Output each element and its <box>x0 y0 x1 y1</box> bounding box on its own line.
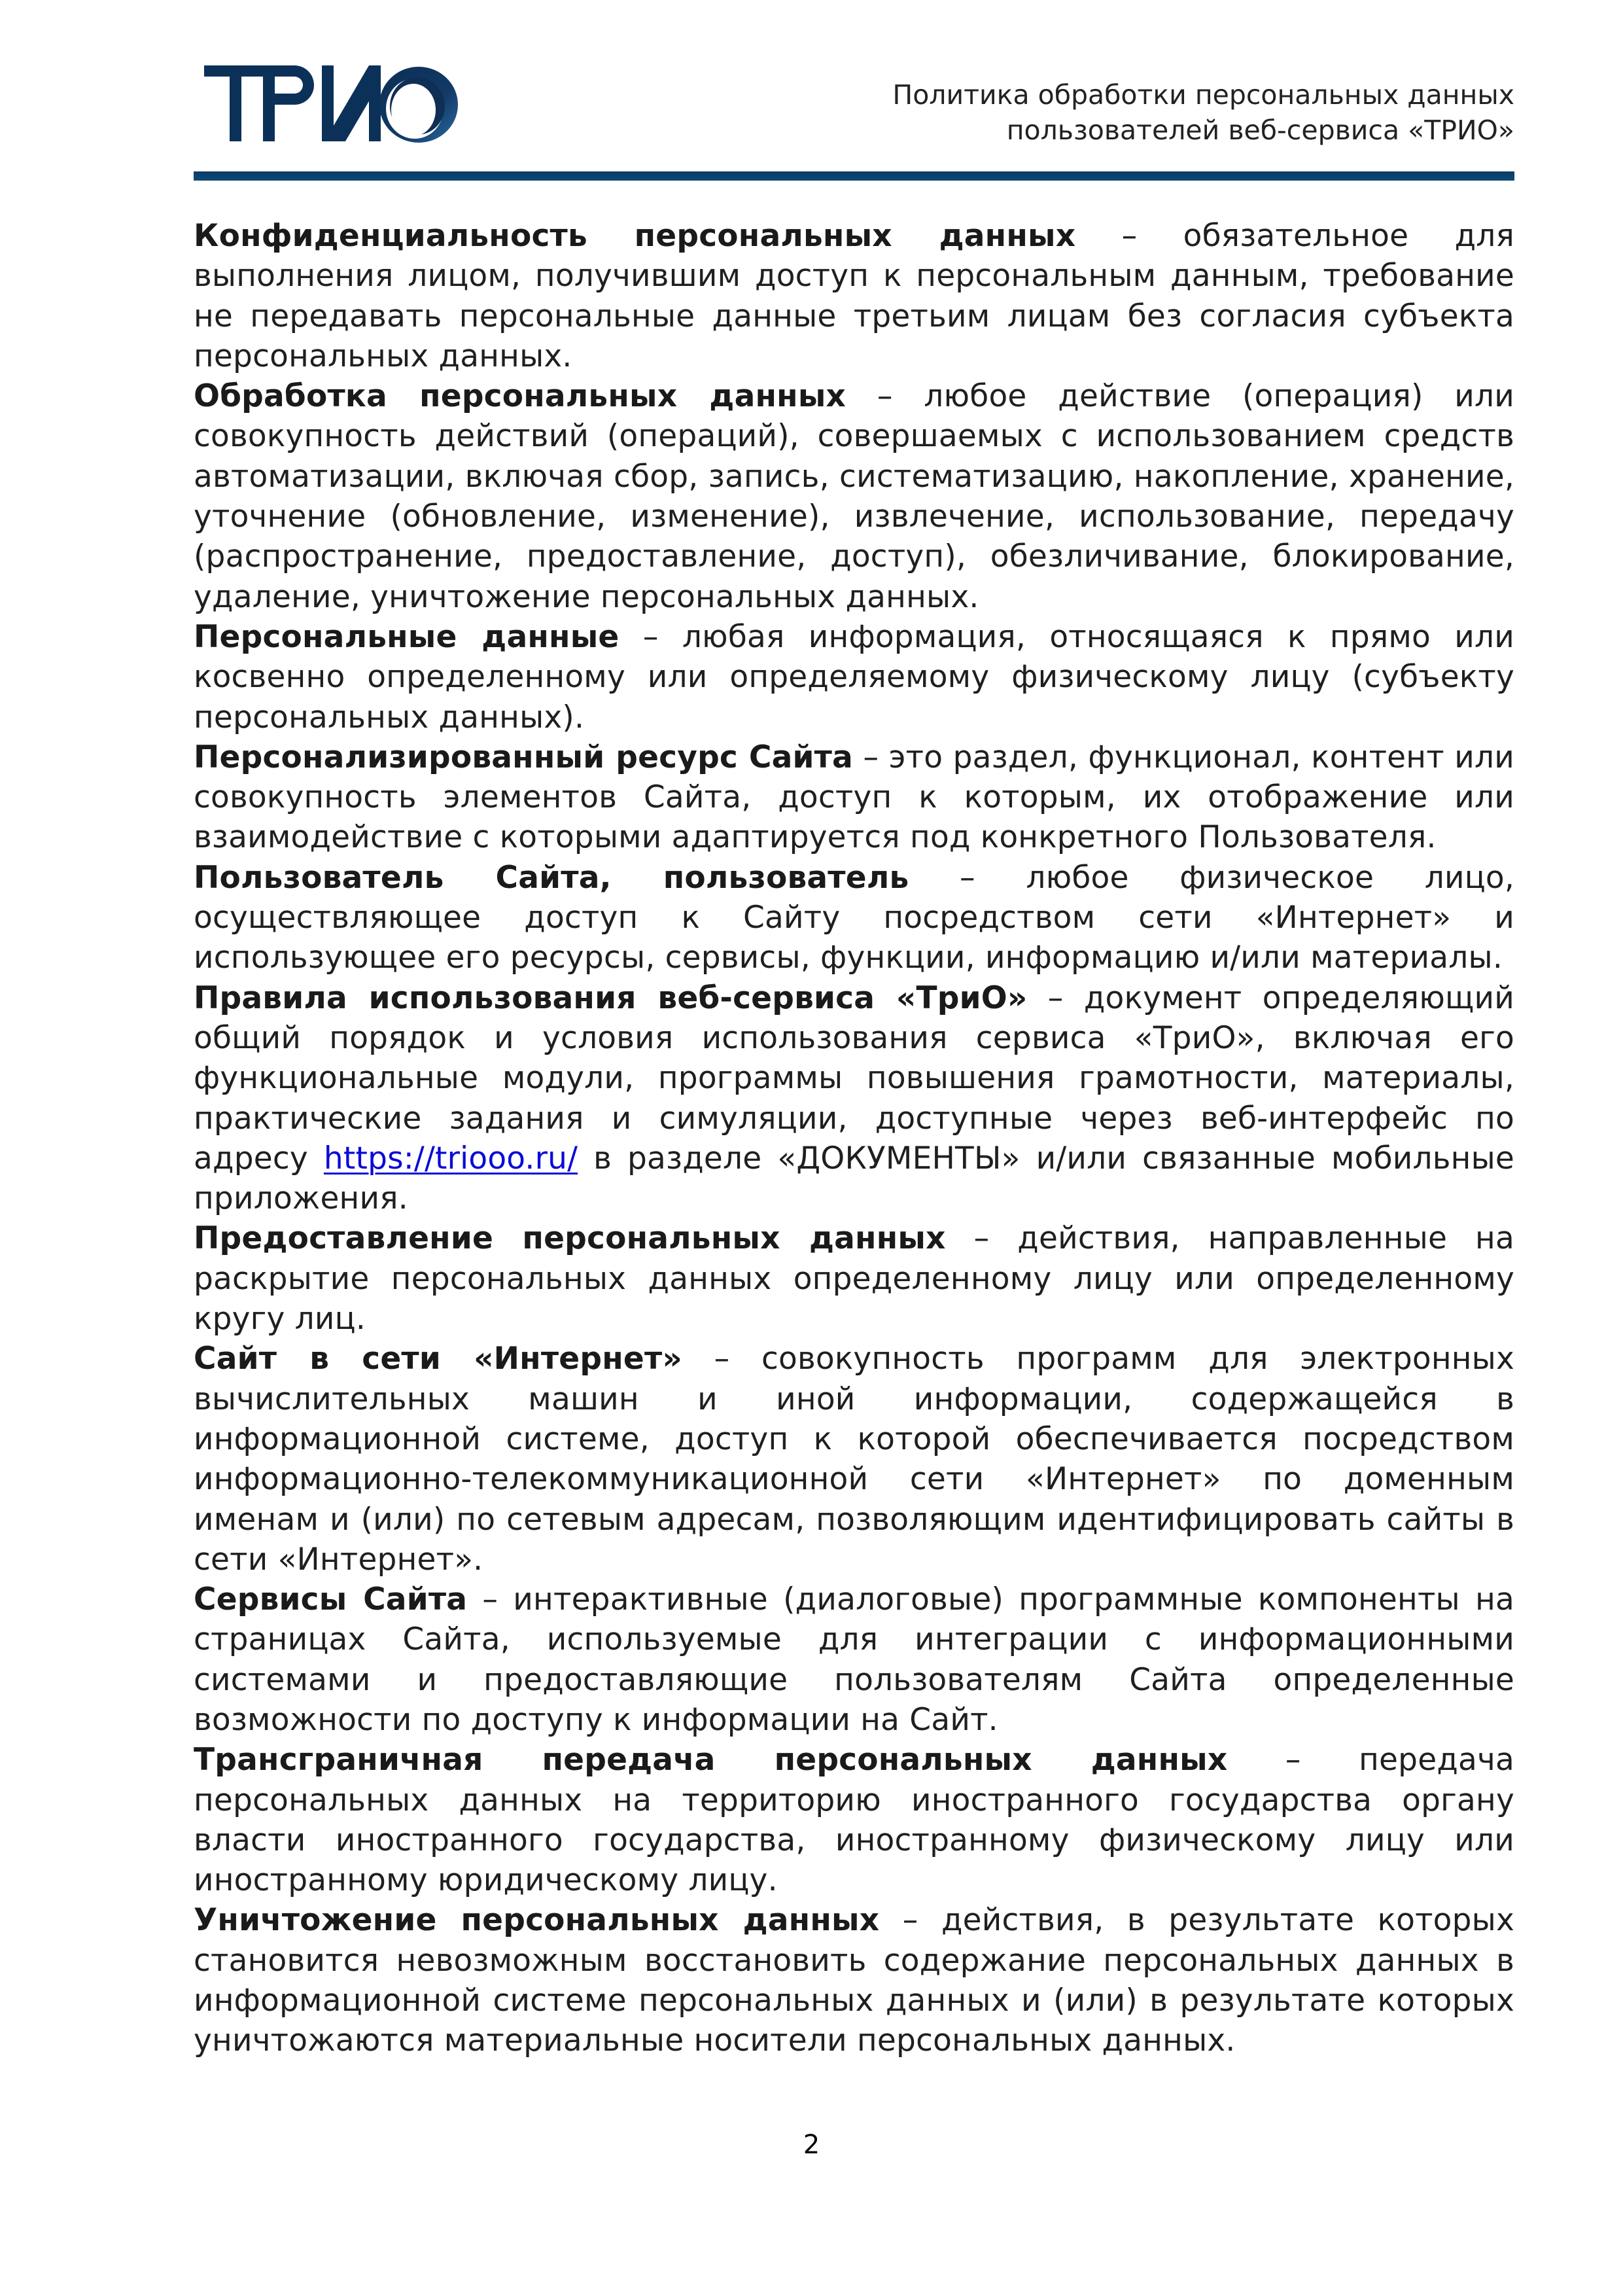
definition-item: Пользователь Сайта, пользователь – любое… <box>194 858 1514 978</box>
header-title-line-2: пользователей веб-сервиса «ТРИО» <box>795 113 1514 148</box>
document-header-title: Политика обработки персональных данных п… <box>795 77 1514 148</box>
definition-item: Правила использования веб-сервиса «ТриО»… <box>194 978 1514 1219</box>
definition-term: Уничтожение персональных данных <box>194 1902 879 1938</box>
definition-term: Предоставление персональных данных <box>194 1220 946 1256</box>
definition-term: Персональные данные <box>194 619 620 655</box>
definition-term: Обработка персональных данных <box>194 378 846 414</box>
trio-logo <box>204 60 466 145</box>
trio-logo-icon <box>204 60 466 145</box>
definition-item: Конфиденциальность персональных данных –… <box>194 216 1514 376</box>
definition-term: Пользователь Сайта, пользователь <box>194 860 909 896</box>
definition-item: Обработка персональных данных – любое де… <box>194 376 1514 617</box>
definition-item: Сайт в сети «Интернет» – совокупность пр… <box>194 1339 1514 1580</box>
definition-item: Сервисы Сайта – интерактивные (диалоговы… <box>194 1580 1514 1740</box>
definition-term: Трансграничная передача персональных дан… <box>194 1742 1227 1778</box>
document-page: Политика обработки персональных данных п… <box>0 0 1623 2296</box>
definition-item: Персональные данные – любая информация, … <box>194 617 1514 737</box>
definition-term: Правила использования веб-сервиса «ТриО» <box>194 980 1027 1016</box>
definition-item: Трансграничная передача персональных дан… <box>194 1740 1514 1900</box>
definition-term: Конфиденциальность персональных данных <box>194 218 1075 254</box>
definitions-list: Конфиденциальность персональных данных –… <box>194 216 1514 2061</box>
definition-item: Уничтожение персональных данных – действ… <box>194 1900 1514 2060</box>
page-number: 2 <box>0 2130 1623 2160</box>
definition-term: Сайт в сети «Интернет» <box>194 1341 682 1377</box>
triooo-site-link[interactable]: https://triooo.ru/ <box>324 1140 578 1176</box>
header-divider <box>194 171 1514 181</box>
definition-item: Предоставление персональных данных – дей… <box>194 1218 1514 1339</box>
definition-term: Персонализированный ресурс Сайта <box>194 739 853 775</box>
definition-term: Сервисы Сайта <box>194 1581 467 1617</box>
definition-item: Персонализированный ресурс Сайта – это р… <box>194 737 1514 858</box>
header-title-line-1: Политика обработки персональных данных <box>795 77 1514 113</box>
